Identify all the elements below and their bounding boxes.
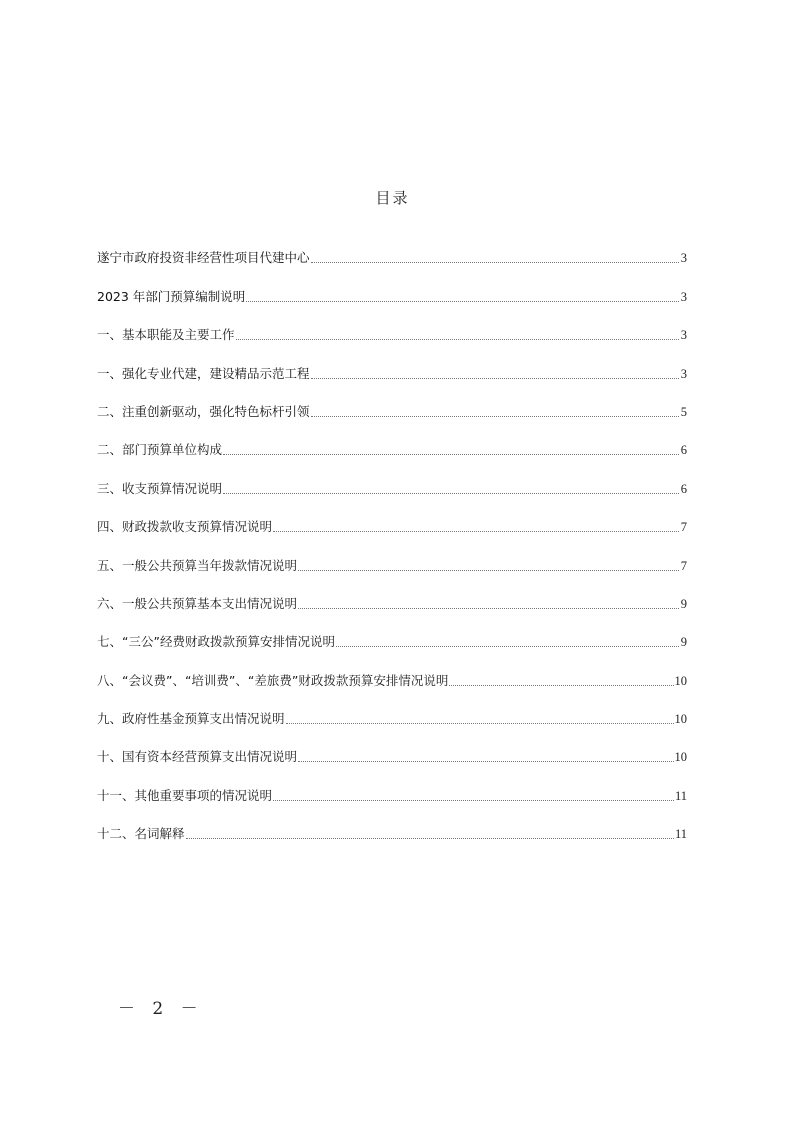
toc-entry-label: 十一、其他重要事项的情况说明 [97,787,272,805]
toc-entry-page: 11 [675,825,687,843]
toc-entry[interactable]: 二、注重创新驱动，强化特色标杆引领5 [97,383,687,421]
toc-entry-page: 10 [675,710,688,728]
table-of-contents: 遂宁市政府投资非经营性项目代建中心3 2023 年部门预算编制说明3 一、基本职… [97,229,687,843]
toc-entry-label: 五、一般公共预算当年拨款情况说明 [97,557,297,575]
dot-leader [223,492,679,494]
toc-entry-page: 6 [680,441,687,459]
toc-entry[interactable]: 五、一般公共预算当年拨款情况说明7 [97,536,687,574]
toc-entry-page: 7 [680,557,687,575]
dot-leader [236,338,679,340]
toc-entry-label: 2023 年部门预算编制说明 [97,288,245,306]
toc-entry-page: 9 [680,595,687,613]
toc-entry-label: 九、政府性基金预算支出情况说明 [97,710,285,728]
dot-leader [186,837,674,839]
toc-entry-label: 二、注重创新驱动，强化特色标杆引领 [97,403,310,421]
toc-entry-label: 一、强化专业代建，建设精品示范工程 [97,365,310,383]
page-number-footer: － 2 － [118,994,204,1019]
toc-title: 目录 [0,187,785,208]
toc-entry-label: 八、“会议费”、“培训费”、“差旅费”财政拨款预算安排情况说明 [97,672,448,690]
dot-leader [298,569,679,571]
toc-entry[interactable]: 七、“三公”经费财政拨款预算安排情况说明9 [97,613,687,651]
toc-entry-label: 十二、名词解释 [97,825,185,843]
toc-entry[interactable]: 十二、名词解释11 [97,805,687,843]
toc-entry-page: 3 [680,288,687,306]
toc-entry-page: 3 [680,326,687,344]
dot-leader [336,645,679,647]
toc-entry-label: 六、一般公共预算基本支出情况说明 [97,595,297,613]
dot-leader [286,722,674,724]
toc-entry-page: 11 [675,787,687,805]
toc-entry-page: 3 [680,365,687,383]
toc-entry-label: 二、部门预算单位构成 [97,441,222,459]
toc-entry[interactable]: 四、财政拨款收支预算情况说明7 [97,498,687,536]
toc-entry-page: 3 [680,249,687,267]
toc-entry[interactable]: 二、部门预算单位构成6 [97,421,687,459]
toc-entry-label: 四、财政拨款收支预算情况说明 [97,518,272,536]
dot-leader [273,799,674,801]
dot-leader [311,261,679,263]
toc-entry-label: 十、国有资本经营预算支出情况说明 [97,748,297,766]
toc-entry[interactable]: 六、一般公共预算基本支出情况说明9 [97,575,687,613]
dot-leader [298,607,679,609]
dot-leader [311,415,679,417]
dot-leader [273,530,679,532]
dot-leader [246,300,679,302]
toc-entry[interactable]: 遂宁市政府投资非经营性项目代建中心3 [97,229,687,267]
dot-leader [311,377,679,379]
toc-entry-page: 10 [675,748,688,766]
toc-entry[interactable]: 十、国有资本经营预算支出情况说明10 [97,728,687,766]
toc-entry[interactable]: 九、政府性基金预算支出情况说明10 [97,690,687,728]
toc-entry[interactable]: 一、基本职能及主要工作3 [97,306,687,344]
toc-entry[interactable]: 2023 年部门预算编制说明3 [97,267,687,305]
dot-leader [449,684,673,686]
toc-entry-label: 七、“三公”经费财政拨款预算安排情况说明 [97,633,335,651]
toc-entry[interactable]: 三、收支预算情况说明6 [97,459,687,497]
toc-entry[interactable]: 一、强化专业代建，建设精品示范工程3 [97,344,687,382]
toc-entry-page: 5 [680,403,687,421]
toc-entry-label: 一、基本职能及主要工作 [97,326,235,344]
toc-entry-label: 遂宁市政府投资非经营性项目代建中心 [97,249,310,267]
dot-leader [298,760,673,762]
toc-entry-label: 三、收支预算情况说明 [97,480,222,498]
toc-entry-page: 6 [680,480,687,498]
toc-entry[interactable]: 十一、其他重要事项的情况说明11 [97,766,687,804]
toc-entry-page: 7 [680,518,687,536]
dot-leader [223,453,679,455]
toc-entry-page: 10 [675,672,688,690]
toc-entry-page: 9 [680,633,687,651]
toc-entry[interactable]: 八、“会议费”、“培训费”、“差旅费”财政拨款预算安排情况说明10 [97,651,687,689]
